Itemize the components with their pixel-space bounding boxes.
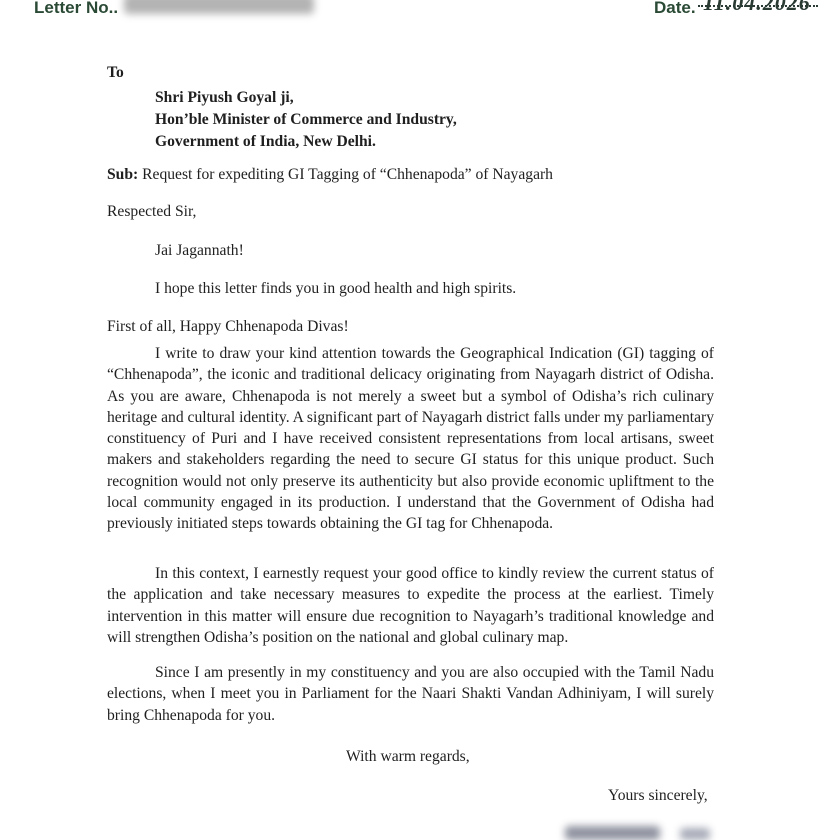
body-paragraph: In this context, I earnestly request you… (107, 563, 714, 648)
body-paragraph: Since I am presently in my constituency … (107, 662, 714, 726)
wish-line: I hope this letter finds you in good hea… (155, 280, 516, 298)
opening-line: First of all, Happy Chhenapoda Divas! (107, 318, 349, 336)
greeting: Jai Jagannath! (155, 242, 244, 260)
subject-line: Sub: Request for expediting GI Tagging o… (107, 166, 553, 184)
address-line: Hon’ble Minister of Commerce and Industr… (155, 111, 457, 129)
signature-redacted (680, 828, 710, 840)
date-value: 11.04.2026 (703, 0, 811, 16)
closing-line: With warm regards, (346, 748, 470, 766)
to-label: To (107, 64, 124, 82)
address-line: Shri Piyush Goyal ji, (155, 89, 294, 107)
subject-label: Sub: (107, 166, 138, 183)
date-label: Date. (654, 0, 696, 18)
letter-no-redacted (124, 0, 314, 14)
address-line: Government of India, New Delhi. (155, 133, 376, 151)
signature-redacted (565, 826, 660, 840)
signoff-line: Yours sincerely, (608, 787, 708, 805)
salutation: Respected Sir, (107, 203, 196, 221)
letter-no-label: Letter No.. (34, 0, 118, 18)
body-paragraph: I write to draw your kind attention towa… (107, 343, 714, 535)
subject-text: Request for expediting GI Tagging of “Ch… (138, 166, 553, 183)
